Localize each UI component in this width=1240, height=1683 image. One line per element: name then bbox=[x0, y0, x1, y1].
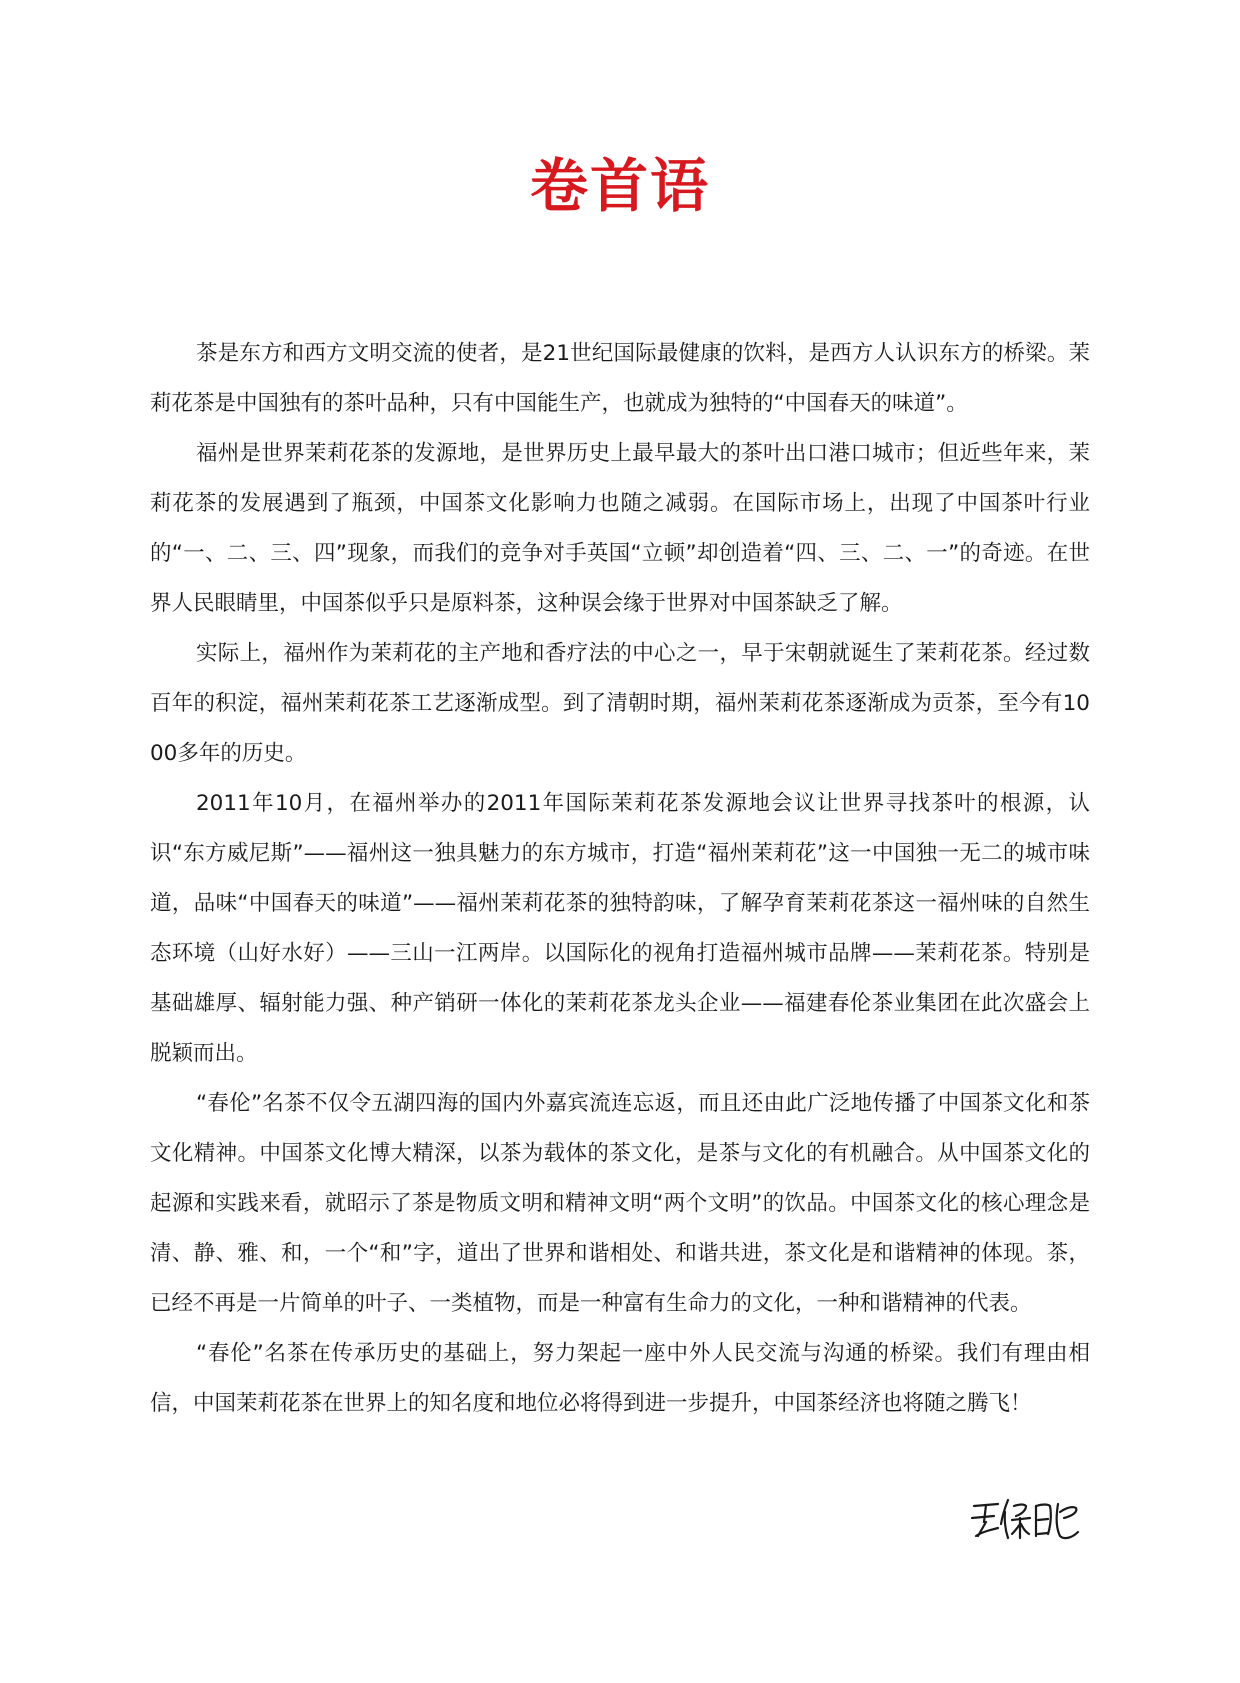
page-title: 卷首语 bbox=[0, 148, 1240, 224]
paragraph-6: “春伦”名茶在传承历史的基础上，努力架起一座中外人民交流与沟通的桥梁。我们有理由… bbox=[150, 1329, 1090, 1429]
paragraph-4: 2011年10月，在福州举办的2011年国际茉莉花茶发源地会议让世界寻找茶叶的根… bbox=[150, 779, 1090, 1079]
paragraph-2: 福州是世界茉莉花茶的发源地，是世界历史上最早最大的茶叶出口港口城市；但近些年来，… bbox=[150, 429, 1090, 629]
signature bbox=[968, 1492, 1088, 1546]
paragraph-1: 茶是东方和西方文明交流的使者，是21世纪国际最健康的饮料，是西方人认识东方的桥梁… bbox=[150, 329, 1090, 429]
body-text: 茶是东方和西方文明交流的使者，是21世纪国际最健康的饮料，是西方人认识东方的桥梁… bbox=[150, 329, 1090, 1429]
handwritten-signature-icon bbox=[968, 1492, 1088, 1546]
document-page: 卷首语 茶是东方和西方文明交流的使者，是21世纪国际最健康的饮料，是西方人认识东… bbox=[0, 0, 1240, 1683]
paragraph-3: 实际上，福州作为茉莉花的主产地和香疗法的中心之一，早于宋朝就诞生了茉莉花茶。经过… bbox=[150, 629, 1090, 779]
paragraph-5: “春伦”名茶不仅令五湖四海的国内外嘉宾流连忘返，而且还由此广泛地传播了中国茶文化… bbox=[150, 1079, 1090, 1329]
